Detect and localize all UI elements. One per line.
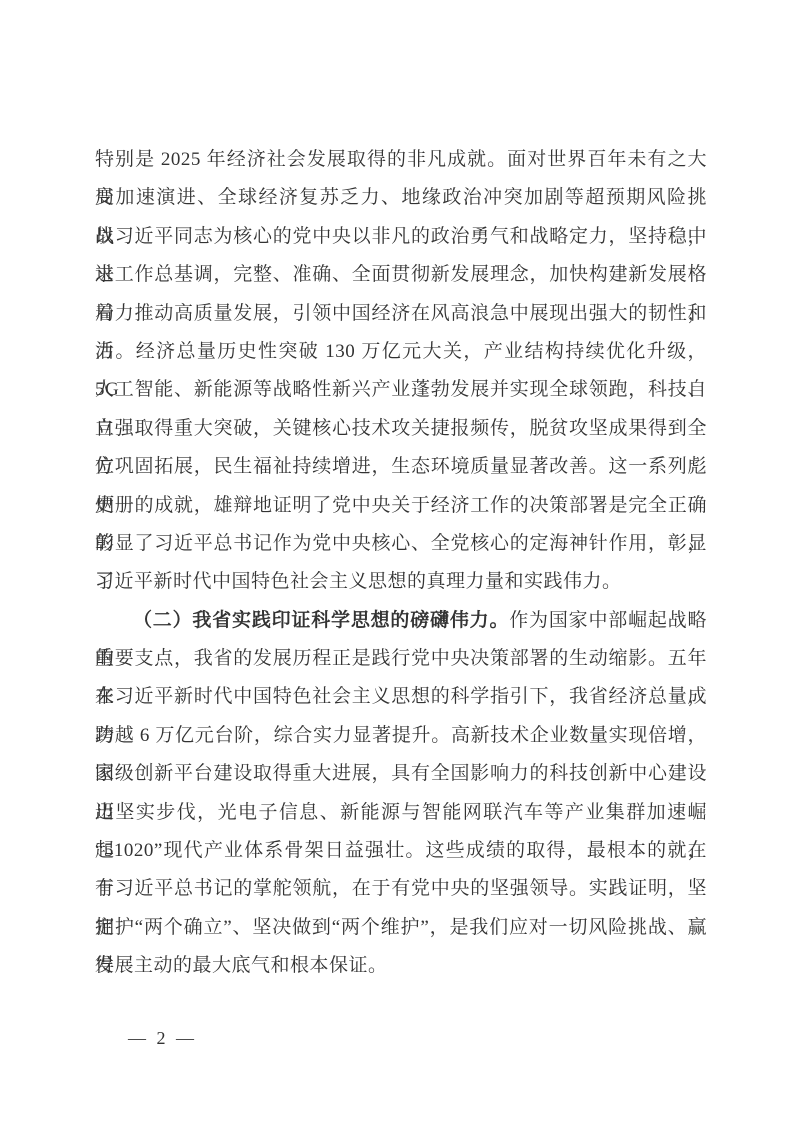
body-line: 习近平新时代中国特色社会主义思想的真理力量和实践伟力。 <box>95 563 707 601</box>
body-line: 局加速演进、全球经济复苏乏力、地缘政治冲突加剧等超预期风险挑战， <box>95 179 707 217</box>
body-line: 在习近平新时代中国特色社会主义思想的科学指引下，我省经济总量成功 <box>95 678 707 716</box>
body-line: 发展主动的最大底气和根本保证。 <box>95 947 707 985</box>
body-line: 跨越 6 万亿元台阶，综合实力显著提升。高新技术企业数量实现倍增，国 <box>95 717 707 755</box>
body-line: 力。经济总量历史性突破 130 万亿元大关，产业结构持续优化升级，5G、 <box>95 333 707 371</box>
body-line: 人工智能、新能源等战略性新兴产业蓬勃发展并实现全球领跑，科技自立 <box>95 371 707 409</box>
body-line: 着力推动高质量发展，引领中国经济在风高浪急中展现出强大的韧性和活 <box>95 295 707 333</box>
body-line: 自强取得重大突破，关键核心技术攻关捷报频传，脱贫攻坚成果得到全方 <box>95 410 707 448</box>
page-number: — 2 — <box>128 1028 197 1049</box>
body-line: 特别是 2025 年经济社会发展取得的非凡成就。面对世界百年未有之大变 <box>95 141 707 179</box>
text-block: 特别是 2025 年经济社会发展取得的非凡成就。面对世界百年未有之大变 局加速演… <box>95 141 707 986</box>
body-line: 家级创新平台建设取得重大进展，具有全国影响力的科技创新中心建设迈 <box>95 755 707 793</box>
body-line: 出坚实步伐，光电子信息、新能源与智能网联汽车等产业集群加速崛起， <box>95 794 707 832</box>
body-line: 重要支点，我省的发展历程正是践行党中央决策部署的生动缩影。五年来， <box>95 640 707 678</box>
body-line: 史册的成就，雄辩地证明了党中央关于经济工作的决策部署是完全正确的， <box>95 487 707 525</box>
body-line: 以习近平同志为核心的党中央以非凡的政治勇气和战略定力，坚持稳中求 <box>95 218 707 256</box>
body-line: 拥护“两个确立”、坚决做到“两个维护”，是我们应对一切风险挑战、赢得 <box>95 909 707 947</box>
document-page: 特别是 2025 年经济社会发展取得的非凡成就。面对世界百年未有之大变 局加速演… <box>0 0 793 1122</box>
section-heading: （二）我省实践印证科学思想的磅礴伟力。 <box>133 610 509 631</box>
body-line: 有习近平总书记的掌舵领航，在于有党中央的坚强领导。实践证明，坚定 <box>95 870 707 908</box>
body-line: 进工作总基调，完整、准确、全面贯彻新发展理念，加快构建新发展格局， <box>95 256 707 294</box>
body-line: 位巩固拓展，民生福祉持续增进，生态环境质量显著改善。这一系列彪炳 <box>95 448 707 486</box>
body-line: “51020”现代产业体系骨架日益强壮。这些成绩的取得，最根本的就在于 <box>95 832 707 870</box>
body-line: 彰显了习近平总书记作为党中央核心、全党核心的定海神针作用，彰显了 <box>95 525 707 563</box>
body-line: （二）我省实践印证科学思想的磅礴伟力。作为国家中部崛起战略的 <box>95 602 707 640</box>
